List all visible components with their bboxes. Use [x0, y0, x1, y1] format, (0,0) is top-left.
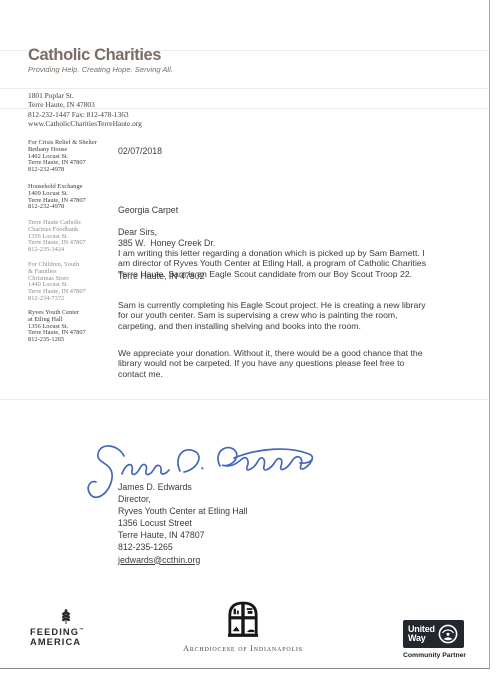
sidebar-line: 812-235-3424	[28, 247, 116, 254]
salutation: Dear Sirs,	[118, 227, 157, 237]
org-address-line: Terre Haute, IN 47803	[28, 100, 142, 109]
sidebar-block-household-exchange: Household Exchange 1409 Locust St. Terre…	[28, 184, 116, 211]
scanned-letter-screenshot: { "colors": { "brand": "#7c6d64", "ink":…	[0, 0, 500, 700]
letter-paragraph-1: I am writing this letter regarding a don…	[118, 248, 430, 279]
way-text: Way	[408, 634, 435, 643]
signer-email: jedwards@ccthin.org	[118, 554, 248, 566]
signer-city: Terre Haute, IN 47807	[118, 529, 248, 541]
signer-street: 1356 Locust Street	[118, 517, 248, 529]
feeding-america-line2: AMERICA	[30, 637, 110, 647]
united-way-logo: United Way Community Partner	[403, 620, 467, 659]
archdiocese-label: Archdiocese of Indianapolis	[168, 644, 318, 653]
scan-artifact-line	[0, 399, 489, 400]
org-tagline: Providing Help. Creating Hope. Serving A…	[28, 65, 173, 74]
signer-phone: 812-235-1265	[118, 541, 248, 553]
sidebar-block-ryves-youth-center: Ryves Youth Center at Etling Hall 1356 L…	[28, 310, 116, 344]
recipient-name: Georgia Carpet	[118, 205, 215, 216]
sidebar-line: 812-234-7372	[28, 296, 116, 303]
united-way-wordmark: United Way	[403, 625, 435, 643]
sidebar-line: 812-232-4978	[28, 167, 116, 174]
signer-name: James D. Edwards	[118, 481, 248, 493]
scan-artifact-line	[0, 88, 489, 89]
letter-date: 02/07/2018	[118, 146, 162, 156]
feeding-text: FEEDING	[30, 627, 79, 637]
community-partner-label: Community Partner	[403, 652, 467, 659]
feeding-america-logo: FEEDING™ AMERICA	[30, 609, 110, 647]
united-way-box: United Way	[403, 620, 464, 648]
person-rainbow-icon	[438, 624, 458, 644]
sidebar-block-christmas-store: For Children, Youth & Families Christmas…	[28, 262, 116, 303]
archdiocese-logo: Archdiocese of Indianapolis	[168, 600, 318, 653]
sidebar-block-bethany-house: For Crisis Relief & Shelter Bethany Hous…	[28, 140, 116, 174]
org-logo-wordmark: Catholic Charities	[28, 46, 161, 65]
letter-page: Catholic Charities Providing Help. Creat…	[0, 0, 490, 669]
letter-paragraph-2: Sam is currently completing his Eagle Sc…	[118, 300, 430, 331]
org-website: www.CatholicCharitiesTerreHaute.org	[28, 119, 142, 128]
sidebar-line: 812-232-4978	[28, 204, 116, 211]
wheat-icon	[61, 609, 71, 625]
letter-paragraph-3: We appreciate your donation. Without it,…	[118, 348, 430, 379]
arched-window-cross-icon	[227, 600, 259, 638]
org-address-line: 1801 Poplar St.	[28, 91, 142, 100]
signer-org: Ryves Youth Center at Etling Hall	[118, 505, 248, 517]
org-address-line: 812-232-1447 Fax: 812-478-1363	[28, 110, 142, 119]
recipient-address-block: Georgia Carpet 385 W. Honey Creek Dr. Te…	[118, 183, 215, 304]
org-address-block: 1801 Poplar St. Terre Haute, IN 47803 81…	[28, 91, 142, 129]
signature-block: James D. Edwards Director, Ryves Youth C…	[118, 481, 248, 566]
trademark-symbol: ™	[79, 627, 84, 632]
sidebar-block-foodbank: Terre Haute Catholic Charities Foodbank …	[28, 220, 116, 254]
signer-title: Director,	[118, 493, 248, 505]
sidebar-line: 812-235-1265	[28, 337, 116, 344]
feeding-america-line1: FEEDING™	[30, 625, 110, 637]
